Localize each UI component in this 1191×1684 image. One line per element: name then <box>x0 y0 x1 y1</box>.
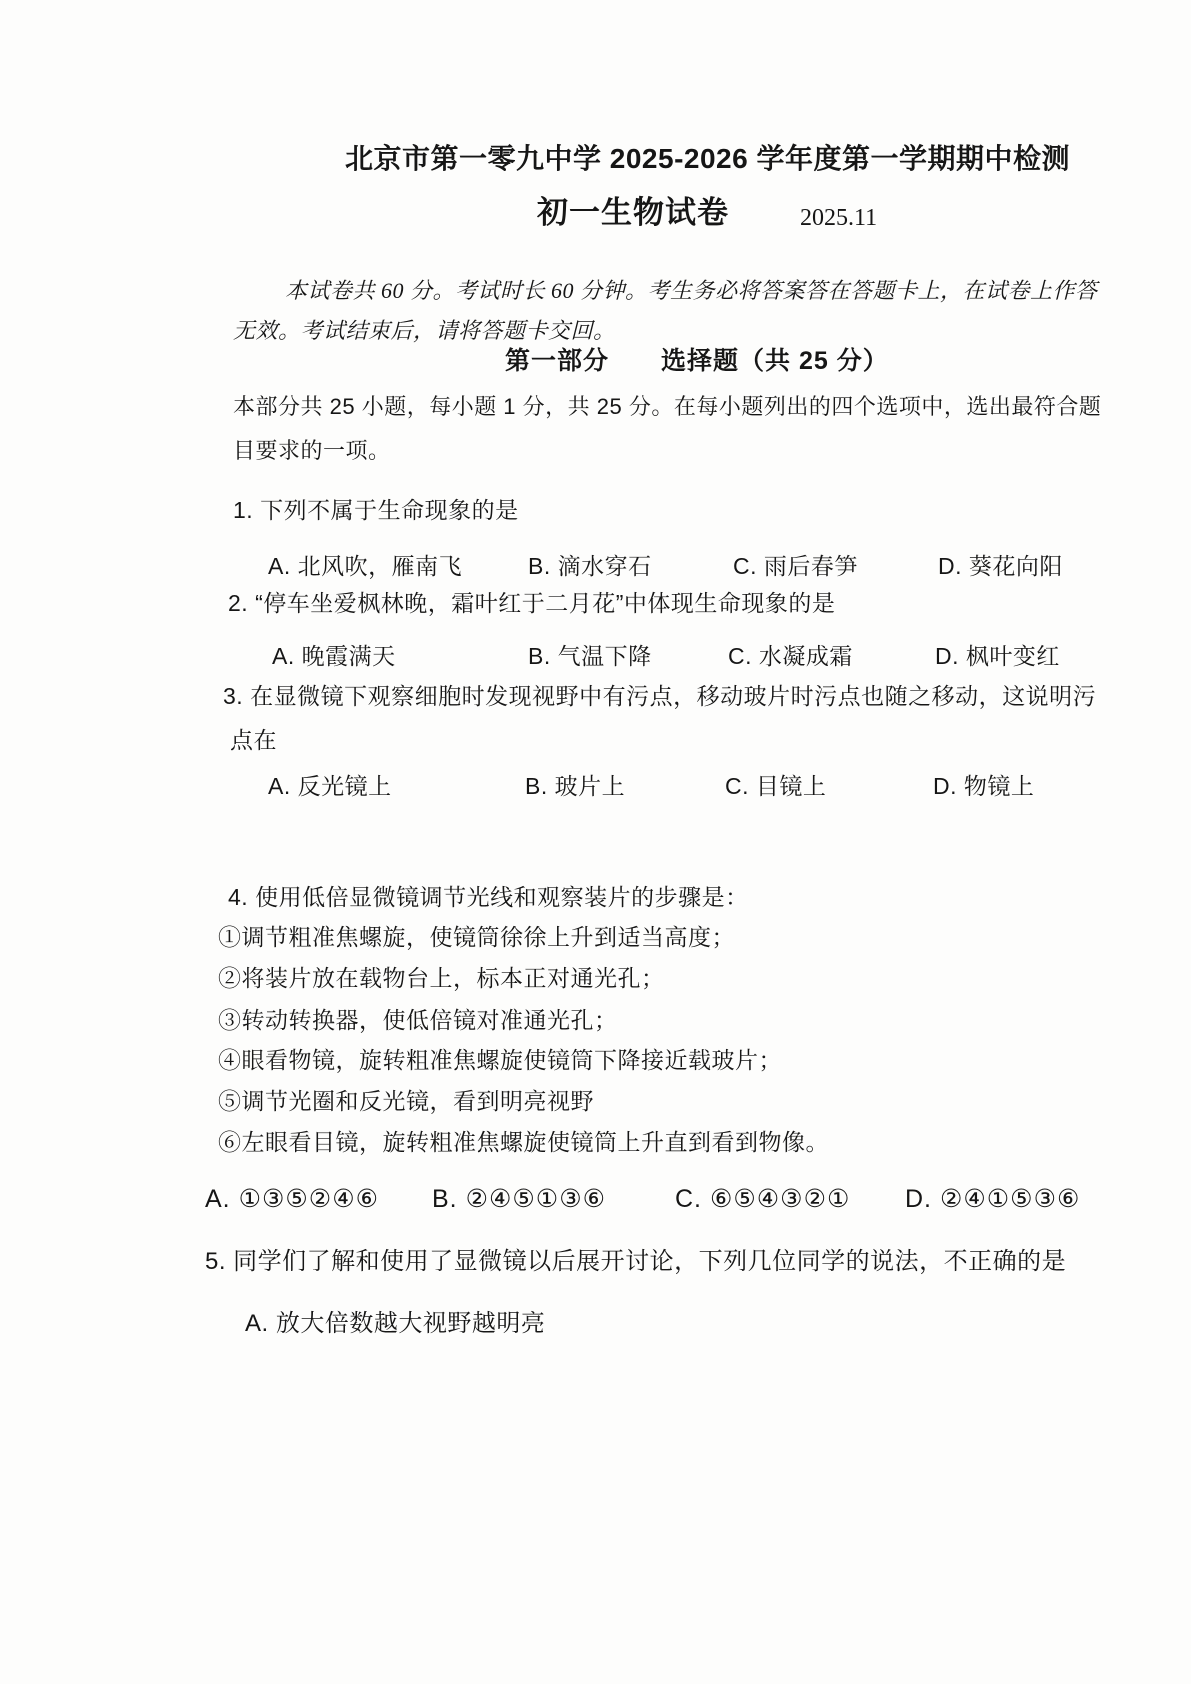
question-3-stem-line-2: 点在 <box>230 726 277 755</box>
question-4-step-3: ③转动转换器，使低倍镜对准通光孔； <box>218 1006 618 1035</box>
question-4-step-2: ②将装片放在载物台上，标本正对通光孔； <box>218 964 665 993</box>
question-2-option-b: B. 气温下降 <box>528 638 652 671</box>
question-3-stem-line-1: 3. 在显微镜下观察细胞时发现视野中有污点，移动玻片时污点也随之移动，这说明污 <box>223 682 1096 711</box>
question-3-option-c: C. 目镜上 <box>725 768 826 801</box>
section-intro-line-1: 本部分共 25 小题，每小题 1 分，共 25 分。在每小题列出的四个选项中，选… <box>233 393 1101 421</box>
question-4-step-4: ④眼看物镜，旋转粗准焦螺旋使镜筒下降接近载玻片； <box>218 1046 782 1075</box>
section-intro-line-2: 目要求的一项。 <box>233 437 391 465</box>
question-5-stem: 5. 同学们了解和使用了显微镜以后展开讨论，下列几位同学的说法，不正确的是 <box>205 1247 1066 1277</box>
question-2-stem: 2. “停车坐爱枫林晚，霜叶红于二月花”中体现生命现象的是 <box>228 589 835 618</box>
question-1-option-d: D. 葵花向阳 <box>938 548 1063 581</box>
question-2-option-a: A. 晚霞满天 <box>272 638 396 671</box>
question-1-option-a: A. 北风吹，雁南飞 <box>268 548 462 581</box>
question-4-step-1: ①调节粗准焦螺旋，使镜筒徐徐上升到适当高度； <box>218 923 735 952</box>
exam-subtitle: 初一生物试卷 <box>537 194 729 233</box>
question-4-option-d: D. ②④①⑤③⑥ <box>905 1184 1080 1214</box>
question-2-option-d: D. 枫叶变红 <box>935 638 1060 671</box>
exam-title: 北京市第一零九中学 2025-2026 学年度第一学期期中检测 <box>345 141 1070 176</box>
exam-date: 2025.11 <box>800 203 877 233</box>
notice-line-1: 本试卷共 60 分。考试时长 60 分钟。考生务必将答案答在答题卡上，在试卷上作… <box>285 277 1098 305</box>
question-3-option-a: A. 反光镜上 <box>268 768 392 801</box>
question-4-step-6: ⑥左眼看目镜，旋转粗准焦螺旋使镜筒上升直到看到物像。 <box>218 1128 829 1157</box>
question-1-stem: 1. 下列不属于生命现象的是 <box>233 496 519 525</box>
question-4-step-5: ⑤调节光圈和反光镜，看到明亮视野 <box>218 1087 594 1116</box>
question-3-option-d: D. 物镜上 <box>933 768 1034 801</box>
question-5-option-a: A. 放大倍数越大视野越明亮 <box>245 1303 545 1338</box>
section-header: 第一部分 选择题（共 25 分） <box>505 346 889 377</box>
notice-line-2: 无效。考试结束后，请将答题卡交回。 <box>233 317 616 345</box>
question-2-option-c: C. 水凝成霜 <box>728 638 853 671</box>
question-3-option-b: B. 玻片上 <box>525 768 625 801</box>
question-1-option-c: C. 雨后春笋 <box>733 548 858 581</box>
question-4-option-b: B. ②④⑤①③⑥ <box>432 1184 606 1214</box>
question-1-option-b: B. 滴水穿石 <box>528 548 652 581</box>
question-4-option-c: C. ⑥⑤④③②① <box>675 1184 850 1214</box>
question-4-option-a: A. ①③⑤②④⑥ <box>205 1184 379 1214</box>
question-4-stem: 4. 使用低倍显微镜调节光线和观察装片的步骤是： <box>228 883 749 912</box>
exam-paper-page: 北京市第一零九中学 2025-2026 学年度第一学期期中检测 初一生物试卷 2… <box>0 0 1191 1684</box>
